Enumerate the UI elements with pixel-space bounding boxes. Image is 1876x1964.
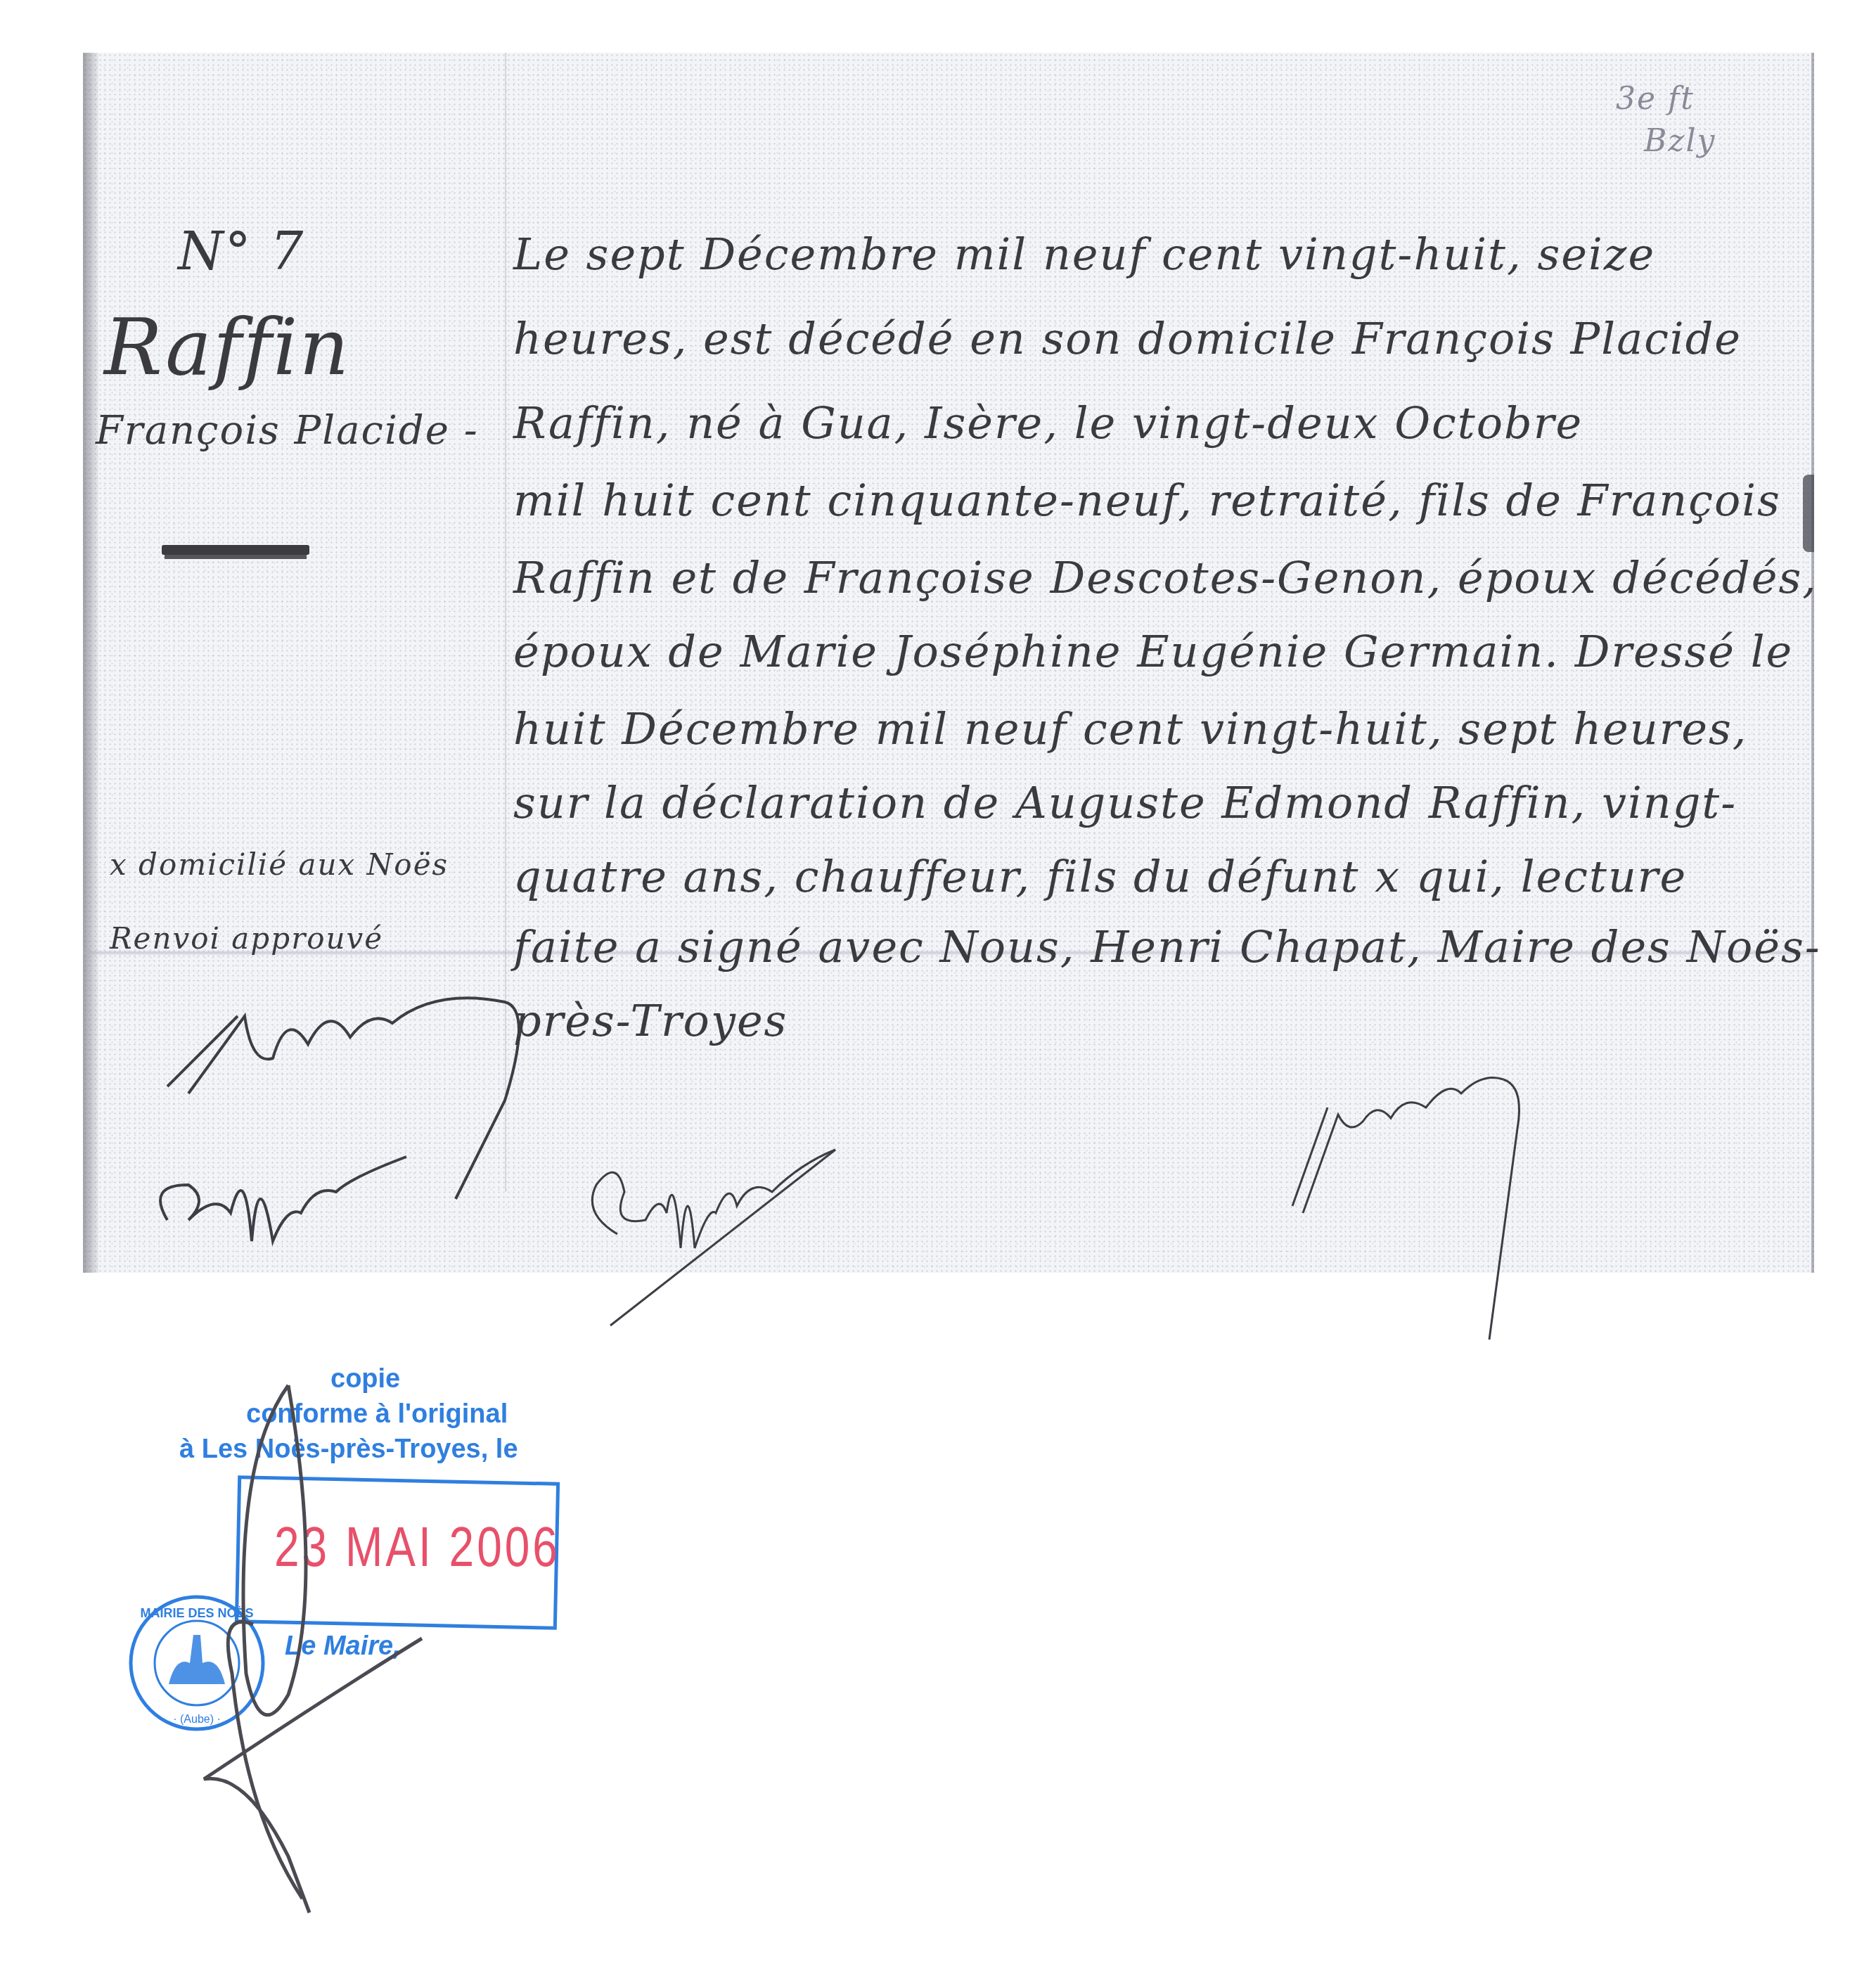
body-line-11: près-Troyes xyxy=(513,995,788,1046)
scan-left-shadow xyxy=(83,53,98,1273)
margin-footnote: x domicilié aux Noës xyxy=(110,847,449,882)
pencil-annotation-1: 3e ft xyxy=(1616,81,1695,117)
ink-smudge xyxy=(1803,475,1814,552)
body-line-7: huit Décembre mil neuf cent vingt-huit, … xyxy=(513,703,1748,755)
body-line-10: faite a signé avec Nous, Henri Chapat, M… xyxy=(513,921,1821,973)
body-line-3: Raffin, né à Gua, Isère, le vingt-deux O… xyxy=(513,397,1583,449)
body-line-8: sur la déclaration de Auguste Edmond Raf… xyxy=(513,777,1737,828)
act-number: N° 7 xyxy=(178,222,304,282)
margin-renvoi: Renvoi approuvé xyxy=(110,921,383,956)
body-line-5: Raffin et de Françoise Descotes-Genon, é… xyxy=(513,552,1818,603)
body-line-2: heures, est décédé en son domicile Franç… xyxy=(513,313,1742,364)
margin-underline xyxy=(162,545,309,555)
margin-surname: Raffin xyxy=(104,302,350,392)
body-line-4: mil huit cent cinquante-neuf, retraité, … xyxy=(513,475,1781,526)
scanned-register-page: 3e ft Bzly N° 7 Raffin François Placide … xyxy=(83,53,1814,1273)
scan-right-edge xyxy=(1811,53,1814,1273)
body-line-9: quatre ans, chauffeur, fils du défunt x … xyxy=(513,851,1687,902)
mayor-signature xyxy=(1236,1065,1588,1361)
body-line-1: Le sept Décembre mil neuf cent vingt-hui… xyxy=(513,229,1655,280)
declarant-signature xyxy=(568,1072,892,1340)
margin-signatures xyxy=(139,960,533,1262)
margin-given-names: François Placide - xyxy=(96,408,479,454)
pencil-annotation-2: Bzly xyxy=(1644,123,1716,159)
body-line-6: époux de Marie Joséphine Eugénie Germain… xyxy=(513,626,1793,677)
mayor-2006-signature xyxy=(190,1378,471,1941)
